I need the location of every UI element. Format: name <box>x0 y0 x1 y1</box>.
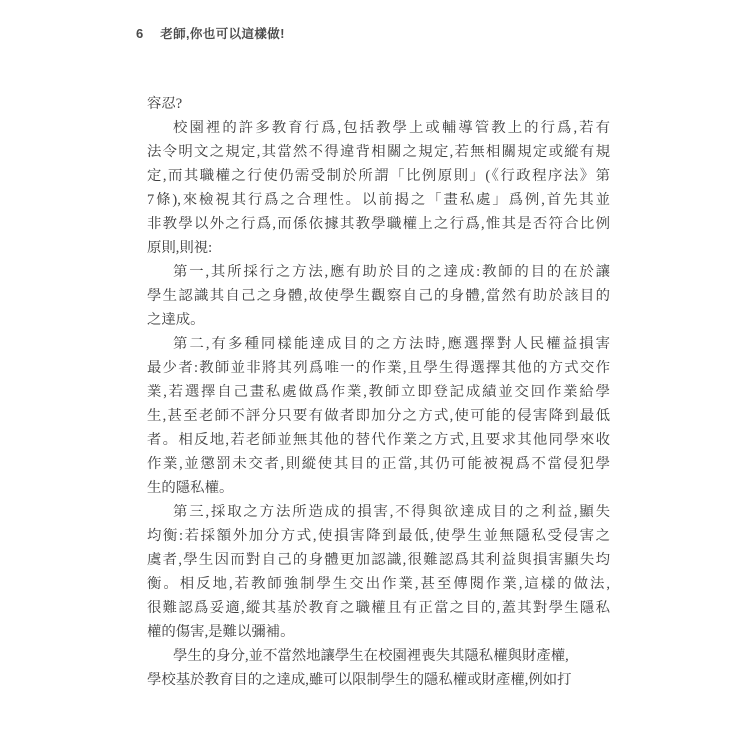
text-line: 第一,其所採行之方法,應有助於目的之達成:教師的目的在於讓 <box>147 260 610 284</box>
text-line: 非教學以外之行爲,而係依據其教學職權上之行爲,惟其是否符合比例 <box>147 212 610 236</box>
text-line: 虞者,學生因而對自己的身體更加認識,很難認爲其利益與損害顯失均 <box>147 548 610 572</box>
text-line: 生,甚至老師不評分只要有做者即加分之方式,使可能的侵害降到最低 <box>147 404 610 428</box>
text-line: 均衡:若採額外加分方式,使損害降到最低,使學生並無隱私受侵害之 <box>147 524 610 548</box>
text-line: 7條),來檢視其行爲之合理性。以前揭之「畫私處」爲例,首先其並 <box>147 188 610 212</box>
text-line: 生的隱私權。 <box>147 476 610 500</box>
page-number: 6 <box>136 26 143 41</box>
text-line: 最少者:教師並非將其列爲唯一的作業,且學生得選擇其他的方式交作 <box>147 356 610 380</box>
text-line: 之達成。 <box>147 308 610 332</box>
text-line: 法令明文之規定,其當然不得違背相關之規定,若無相關規定或縱有規 <box>147 140 610 164</box>
text-line: 學生認識其自己之身體,故使學生觀察自己的身體,當然有助於該目的 <box>147 284 610 308</box>
book-page: 6 老師,你也可以這樣做! 容忍? 校園裡的許多教育行爲,包括教學上或輔導管教上… <box>0 0 750 750</box>
book-title: 老師,你也可以這樣做! <box>160 24 285 42</box>
text-line: 者。相反地,若老師並無其他的替代作業之方式,且要求其他同學來收 <box>147 428 610 452</box>
text-line: 衡。相反地,若教師強制學生交出作業,甚至傳閱作業,這樣的做法, <box>147 572 610 596</box>
text-line: 很難認爲妥適,縱其基於教育之職權且有正當之目的,蓋其對學生隱私 <box>147 596 610 620</box>
text-line: 校園裡的許多教育行爲,包括教學上或輔導管教上的行爲,若有 <box>147 116 610 140</box>
text-line: 權的傷害,是難以彌補。 <box>147 620 610 644</box>
body-text: 容忍? 校園裡的許多教育行爲,包括教學上或輔導管教上的行爲,若有 法令明文之規定… <box>147 92 610 692</box>
text-line: 定,而其職權之行使仍需受制於所謂「比例原則」(《行政程序法》第 <box>147 164 610 188</box>
text-line: 業,若選擇自己畫私處做爲作業,教師立即登記成績並交回作業給學 <box>147 380 610 404</box>
text-line: 第二,有多種同樣能達成目的之方法時,應選擇對人民權益損害 <box>147 332 610 356</box>
text-line: 學校基於教育目的之達成,雖可以限制學生的隱私權或財產權,例如打 <box>147 668 610 692</box>
text-line: 作業,並懲罰未交者,則縱使其目的正當,其仍可能被視爲不當侵犯學 <box>147 452 610 476</box>
page-header: 6 老師,你也可以這樣做! <box>136 24 285 42</box>
text-line: 容忍? <box>147 92 610 116</box>
text-line: 第三,採取之方法所造成的損害,不得與欲達成目的之利益,顯失 <box>147 500 610 524</box>
text-line: 學生的身分,並不當然地讓學生在校園裡喪失其隱私權與財產權, <box>147 644 610 668</box>
text-line: 原則,則視: <box>147 236 610 260</box>
